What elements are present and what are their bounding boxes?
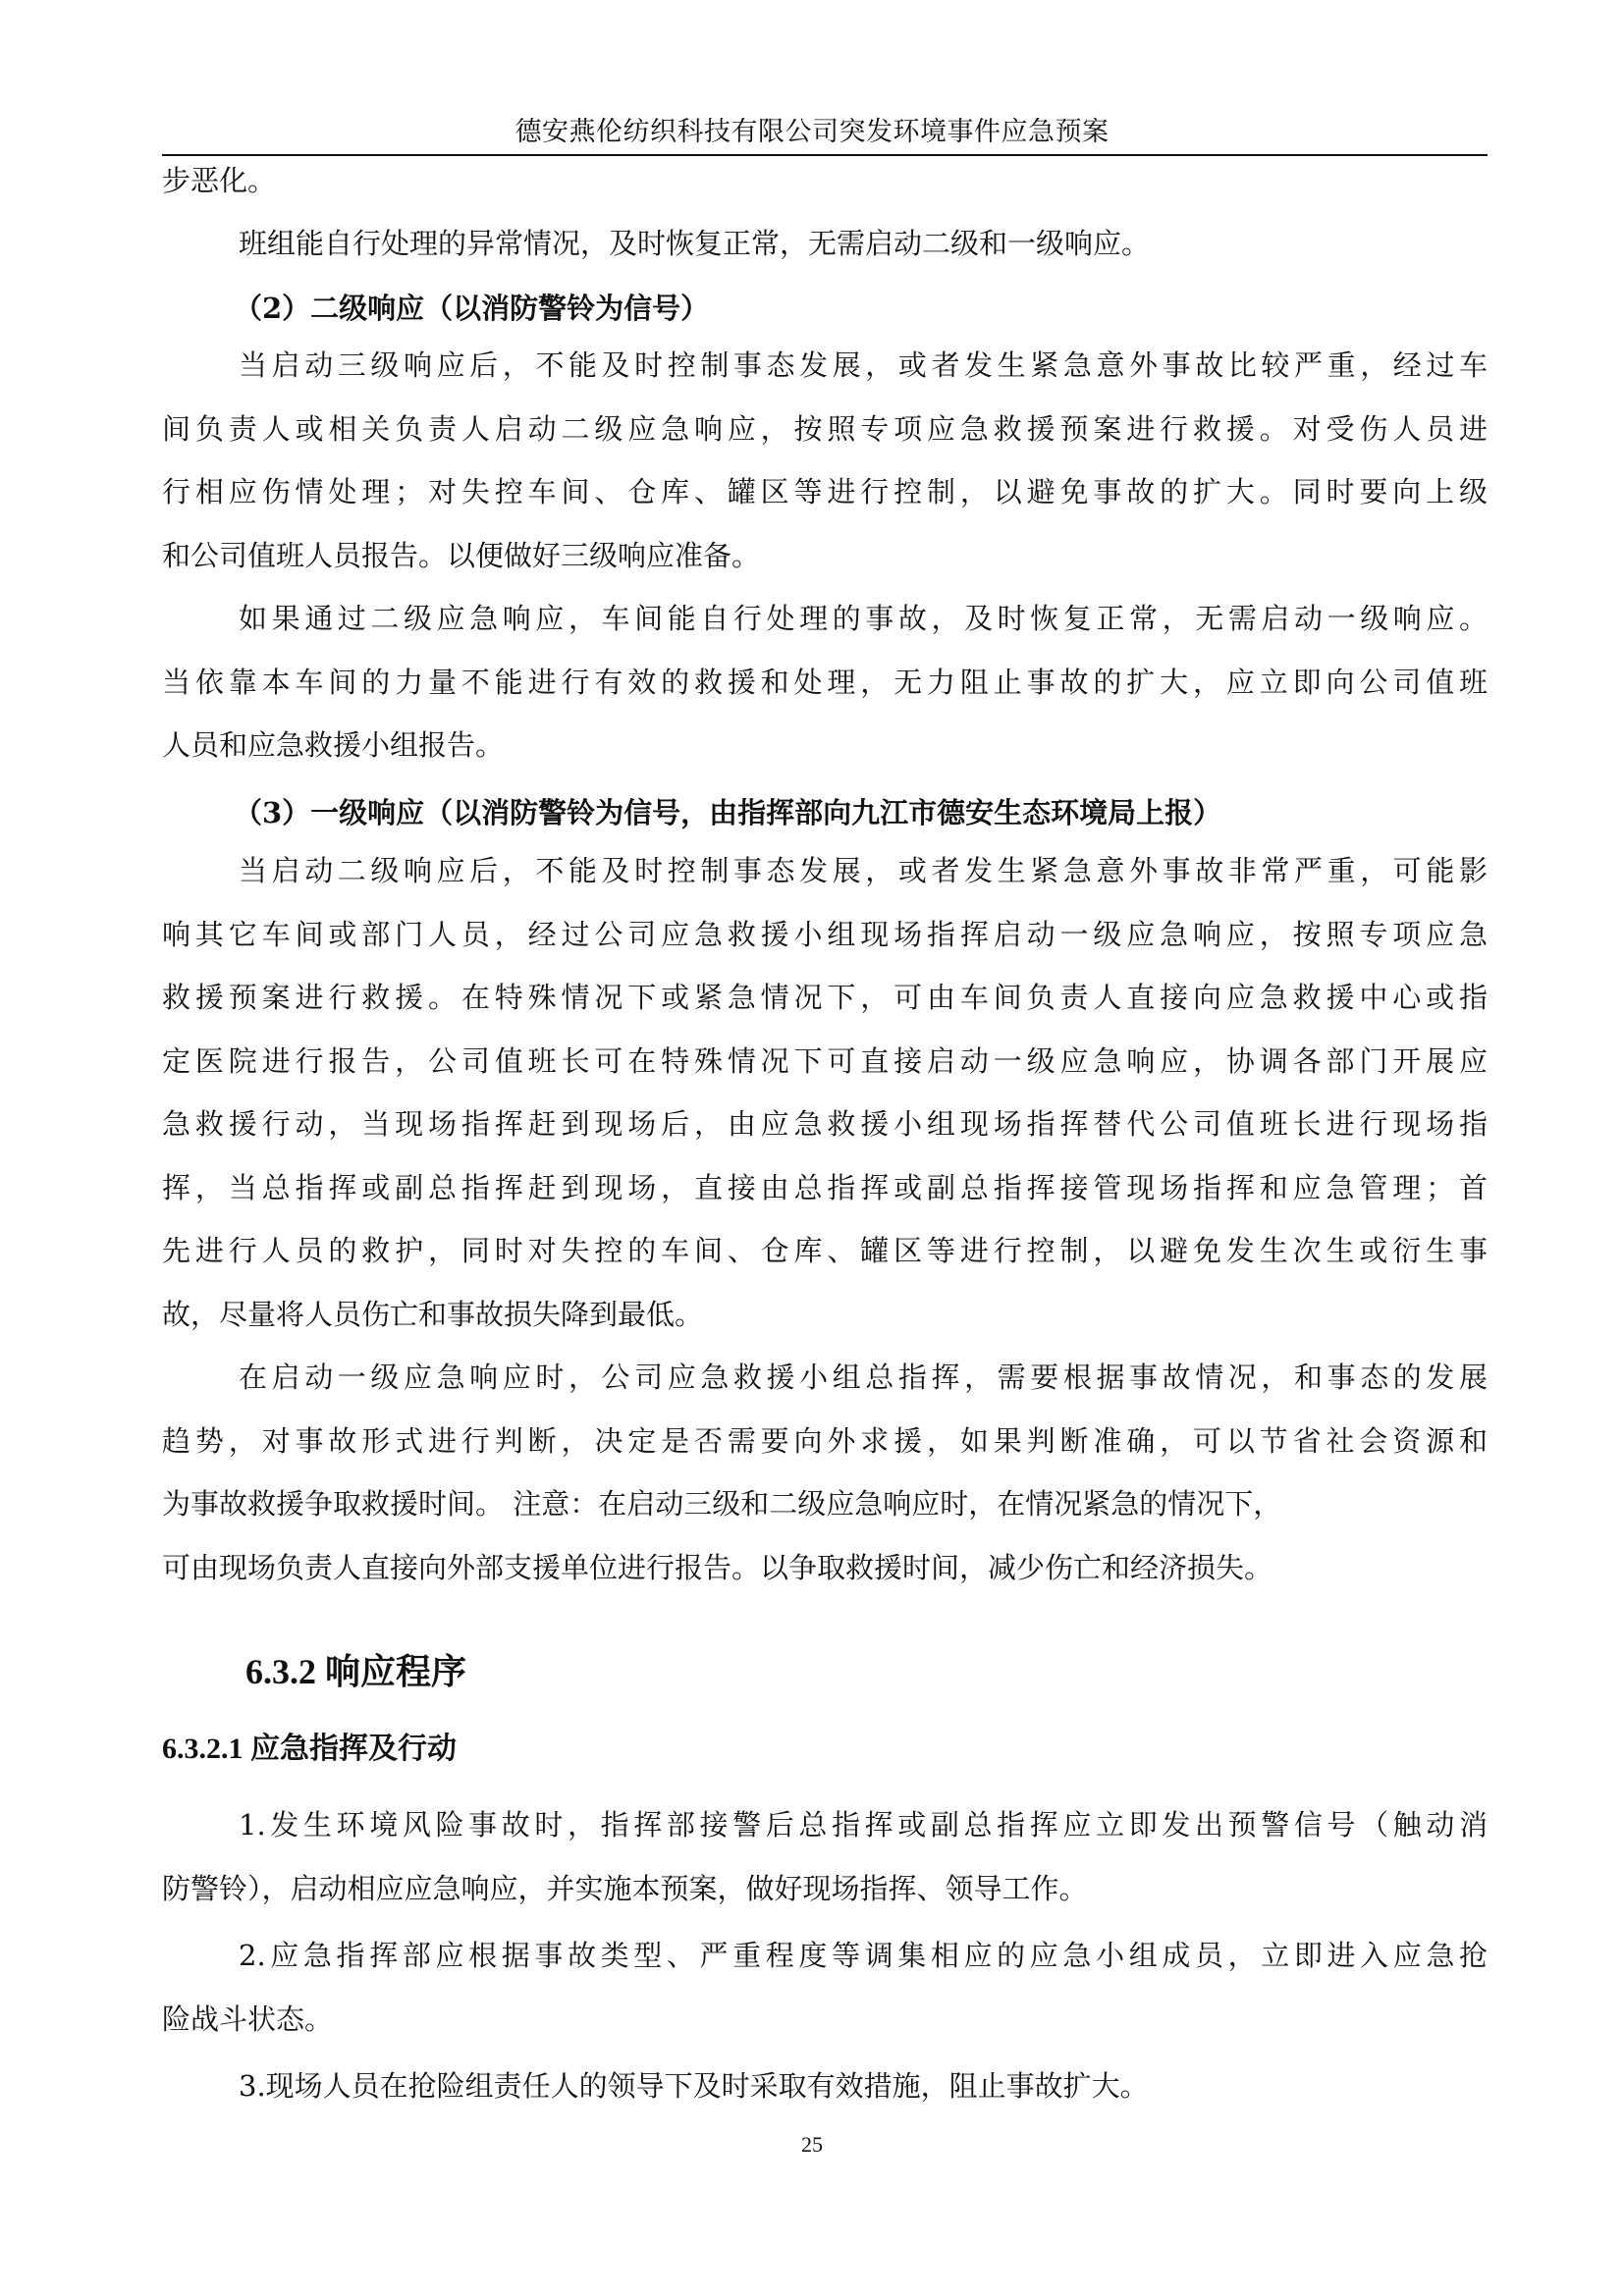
paragraph-line: 响其它车间或部门人员，经过公司应急救援小组现场指挥启动一级应急响应，按照专项应急 — [162, 915, 1488, 954]
paragraph-line: 挥，当总指挥或副总指挥赶到现场，直接由总指挥或副总指挥接管现场指挥和应急管理；首 — [162, 1168, 1488, 1207]
paragraph-line: 趋势，对事故形式进行判断，决定是否需要向外求援，如果判断准确，可以节省社会资源和 — [162, 1421, 1488, 1461]
list-item-1-line: 1.发生环境风险事故时，指挥部接警后总指挥或副总指挥应立即发出预警信号（触动消 — [239, 1805, 1488, 1844]
paragraph-line: 间负责人或相关负责人启动二级应急响应，按照专项应急救援预案进行救援。对受伤人员进 — [162, 409, 1488, 449]
page-number: 25 — [0, 2132, 1624, 2158]
paragraph-line: 当依靠本车间的力量不能进行有效的救援和处理，无力阻止事故的扩大，应立即向公司值班 — [162, 663, 1488, 702]
subsection-heading-6-3-2-1: 6.3.2.1 应急指挥及行动 — [162, 1730, 1488, 1769]
paragraph-continuation-line: 步恶化。 — [162, 161, 1488, 200]
list-item-2-line: 2.应急指挥部应根据事故类型、严重程度等调集相应的应急小组成员，立即进入应急抢 — [239, 1936, 1488, 1975]
paragraph-line: 急救援行动，当现场指挥赶到现场后，由应急救援小组现场指挥替代公司值班长进行现场指 — [162, 1104, 1488, 1144]
heading-level1-response: （3）一级响应（以消防警铃为信号，由指挥部向九江市德安生态环境局上报） — [234, 793, 1559, 832]
list-item-1-line: 防警铃），启动相应应急响应，并实施本预案，做好现场指挥、领导工作。 — [162, 1869, 1488, 1908]
paragraph-line: 为事故救援争取救援时间。 注意：在启动三级和二级应急响应时，在情况紧急的情况下， — [162, 1484, 1488, 1523]
paragraph-line: 先进行人员的救护，同时对失控的车间、仓库、罐区等进行控制，以避免发生次生或衍生事 — [162, 1231, 1488, 1270]
paragraph-line: 如果通过二级应急响应，车间能自行处理的事故，及时恢复正常，无需启动一级响应。 — [239, 599, 1488, 638]
paragraph-line: 救援预案进行救援。在特殊情况下或紧急情况下，可由车间负责人直接向应急救援中心或指 — [162, 978, 1488, 1017]
paragraph-line: 在启动一级应急响应时，公司应急救援小组总指挥，需要根据事故情况，和事态的发展 — [239, 1358, 1488, 1397]
paragraph-line: 和公司值班人员报告。以便做好三级响应准备。 — [162, 536, 1488, 575]
list-item-2-line: 险战斗状态。 — [162, 2000, 1488, 2039]
paragraph-line: 故，尽量将人员伤亡和事故损失降到最低。 — [162, 1295, 1488, 1334]
header-divider — [162, 154, 1488, 156]
running-header-title: 德安燕伦纺织科技有限公司突发环境事件应急预案 — [0, 116, 1624, 149]
paragraph-line: 班组能自行处理的异常情况，及时恢复正常，无需启动二级和一级响应。 — [239, 224, 1488, 263]
paragraph-line: 定医院进行报告，公司值班长可在特殊情况下可直接启动一级应急响应，协调各部门开展应 — [162, 1041, 1488, 1081]
document-page: 德安燕伦纺织科技有限公司突发环境事件应急预案 步恶化。 班组能自行处理的异常情况… — [0, 0, 1624, 2296]
paragraph-line: 当启动二级响应后，不能及时控制事态发展，或者发生紧急意外事故非常严重，可能影 — [239, 851, 1488, 890]
paragraph-line: 人员和应急救援小组报告。 — [162, 725, 1488, 765]
section-heading-6-3-2: 6.3.2 响应程序 — [245, 1650, 1571, 1693]
paragraph-line: 当启动三级响应后，不能及时控制事态发展，或者发生紧急意外事故比较严重，经过车 — [239, 346, 1488, 385]
heading-level2-response: （2）二级响应（以消防警铃为信号） — [234, 289, 1559, 328]
paragraph-line: 可由现场负责人直接向外部支援单位进行报告。以争取救援时间，减少伤亡和经济损失。 — [162, 1548, 1488, 1587]
list-item-3-line: 3.现场人员在抢险组责任人的领导下及时采取有效措施，阻止事故扩大。 — [239, 2066, 1488, 2106]
paragraph-line: 行相应伤情处理；对失控车间、仓库、罐区等进行控制，以避免事故的扩大。同时要向上级 — [162, 472, 1488, 511]
